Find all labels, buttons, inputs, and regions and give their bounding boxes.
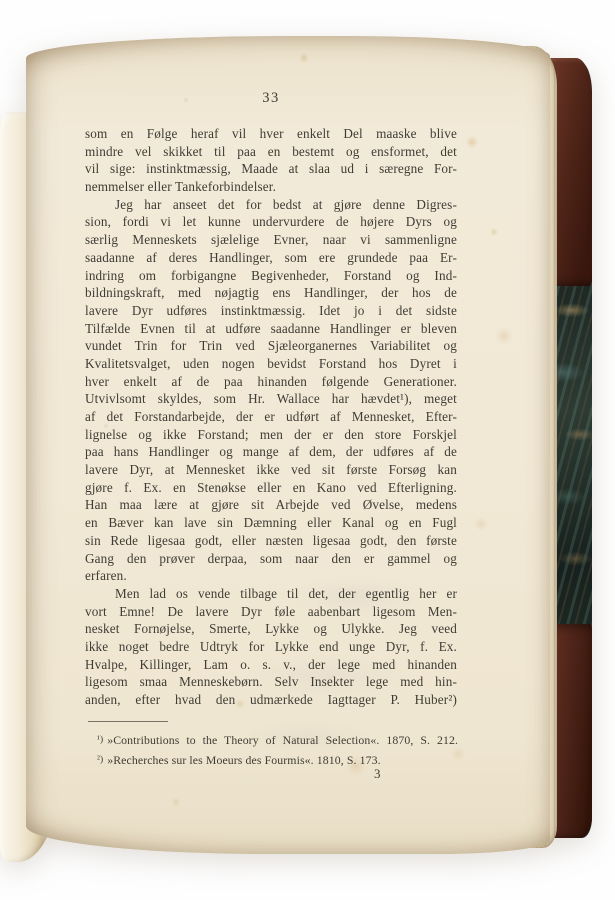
text-line: Han maa lære at gjøre sit Arbejde ved Øv…: [85, 496, 457, 514]
footnote-rule: [88, 721, 168, 722]
text-line: en Bæver kan lave sin Dæmning eller Kana…: [85, 514, 457, 532]
text-line: lavere Dyr udføres instinktmæssig. Idet …: [85, 302, 457, 320]
text-line: nesket Fornøjelse, Smerte, Lykke og Ulyk…: [85, 620, 457, 638]
page-text-layer: 33 som en Følge heraf vil hver enkelt De…: [0, 0, 615, 900]
text-line: bildningskraft, med nøjagtig ens Handlin…: [85, 284, 457, 302]
text-line: som en Følge heraf vil hver enkelt Del m…: [85, 125, 457, 143]
text-line: lavere Dyr, at Mennesket ikke ved sit fø…: [85, 461, 457, 479]
text-line: Gang den prøver derpaa, som naar den er …: [85, 550, 457, 568]
text-line: erfaren.: [85, 567, 457, 585]
text-line: sion, fordi vi let kunne undervurdere de…: [85, 213, 457, 231]
book-photo: 33 som en Følge heraf vil hver enkelt De…: [0, 0, 615, 900]
footnote-text: »Recherches sur les Moeurs des Fourmis«.…: [107, 753, 380, 767]
text-line: Jeg har anseet det for bedst at gjøre de…: [85, 196, 457, 214]
text-line: nemmelser eller Tankeforbindelser.: [85, 178, 457, 196]
signature-mark: 3: [374, 766, 381, 782]
text-line: Kvalitetsvalget, uden nogen bevidst Fors…: [85, 355, 457, 373]
footnotes: ¹)»Contributions to the Theory of Natura…: [97, 731, 458, 770]
footnote-marker: ¹): [97, 735, 103, 745]
text-line: Tilfælde Evnen til at udføre saadanne Ha…: [85, 320, 457, 338]
text-line: særlig Menneskets sjælelige Evner, naar …: [85, 231, 457, 249]
text-line: lignelse og ikke Forstand; men der er de…: [85, 426, 457, 444]
text-line: Hvalpe, Killinger, Lam o. s. v., der leg…: [85, 656, 457, 674]
text-line: af det Forstandarbejde, der er udført af…: [85, 408, 457, 426]
text-line: ikke noget bedre Udtryk for Lykke end un…: [85, 638, 457, 656]
text-line: vort Emne! De lavere Dyr føle aabenbart …: [85, 603, 457, 621]
text-line: vundet Trin for Trin ved Sjæleorganernes…: [85, 337, 457, 355]
text-line: gjøre f. Ex. en Stenøkse eller en Kano v…: [85, 479, 457, 497]
book: 33 som en Følge heraf vil hver enkelt De…: [0, 0, 615, 900]
footnote-text: »Contributions to the Theory of Natural …: [107, 733, 458, 747]
text-block: som en Følge heraf vil hver enkelt Del m…: [85, 125, 457, 709]
footnote: ¹)»Contributions to the Theory of Natura…: [97, 731, 458, 751]
footnote-marker: ²): [97, 755, 103, 765]
text-line: Utvivlsomt skyldes, som Hr. Wallace har …: [85, 390, 457, 408]
text-line: mindre vel skikket til paa en bestemt og…: [85, 143, 457, 161]
page-number: 33: [85, 90, 457, 107]
text-line: anden, efter hvad den udmærkede Iagttage…: [85, 691, 457, 709]
text-line: saadanne af deres Handlinger, som ere gr…: [85, 249, 457, 267]
text-line: sin Rede ligesaa godt, eller næsten lige…: [85, 532, 457, 550]
text-line: paa hans Handlinger og mange af dem, der…: [85, 443, 457, 461]
text-line: vil sige: instinktmæssig, Maade at slaa …: [85, 160, 457, 178]
text-line: indring om forbigangne Begivenheder, For…: [85, 267, 457, 285]
footnote: ²)»Recherches sur les Moeurs des Fourmis…: [97, 751, 458, 771]
text-line: hver enkelt af de paa hinanden følgende …: [85, 373, 457, 391]
text-line: Men lad os vende tilbage til det, der eg…: [85, 585, 457, 603]
text-line: ligesom smaa Menneskebørn. Selv Insekter…: [85, 673, 457, 691]
